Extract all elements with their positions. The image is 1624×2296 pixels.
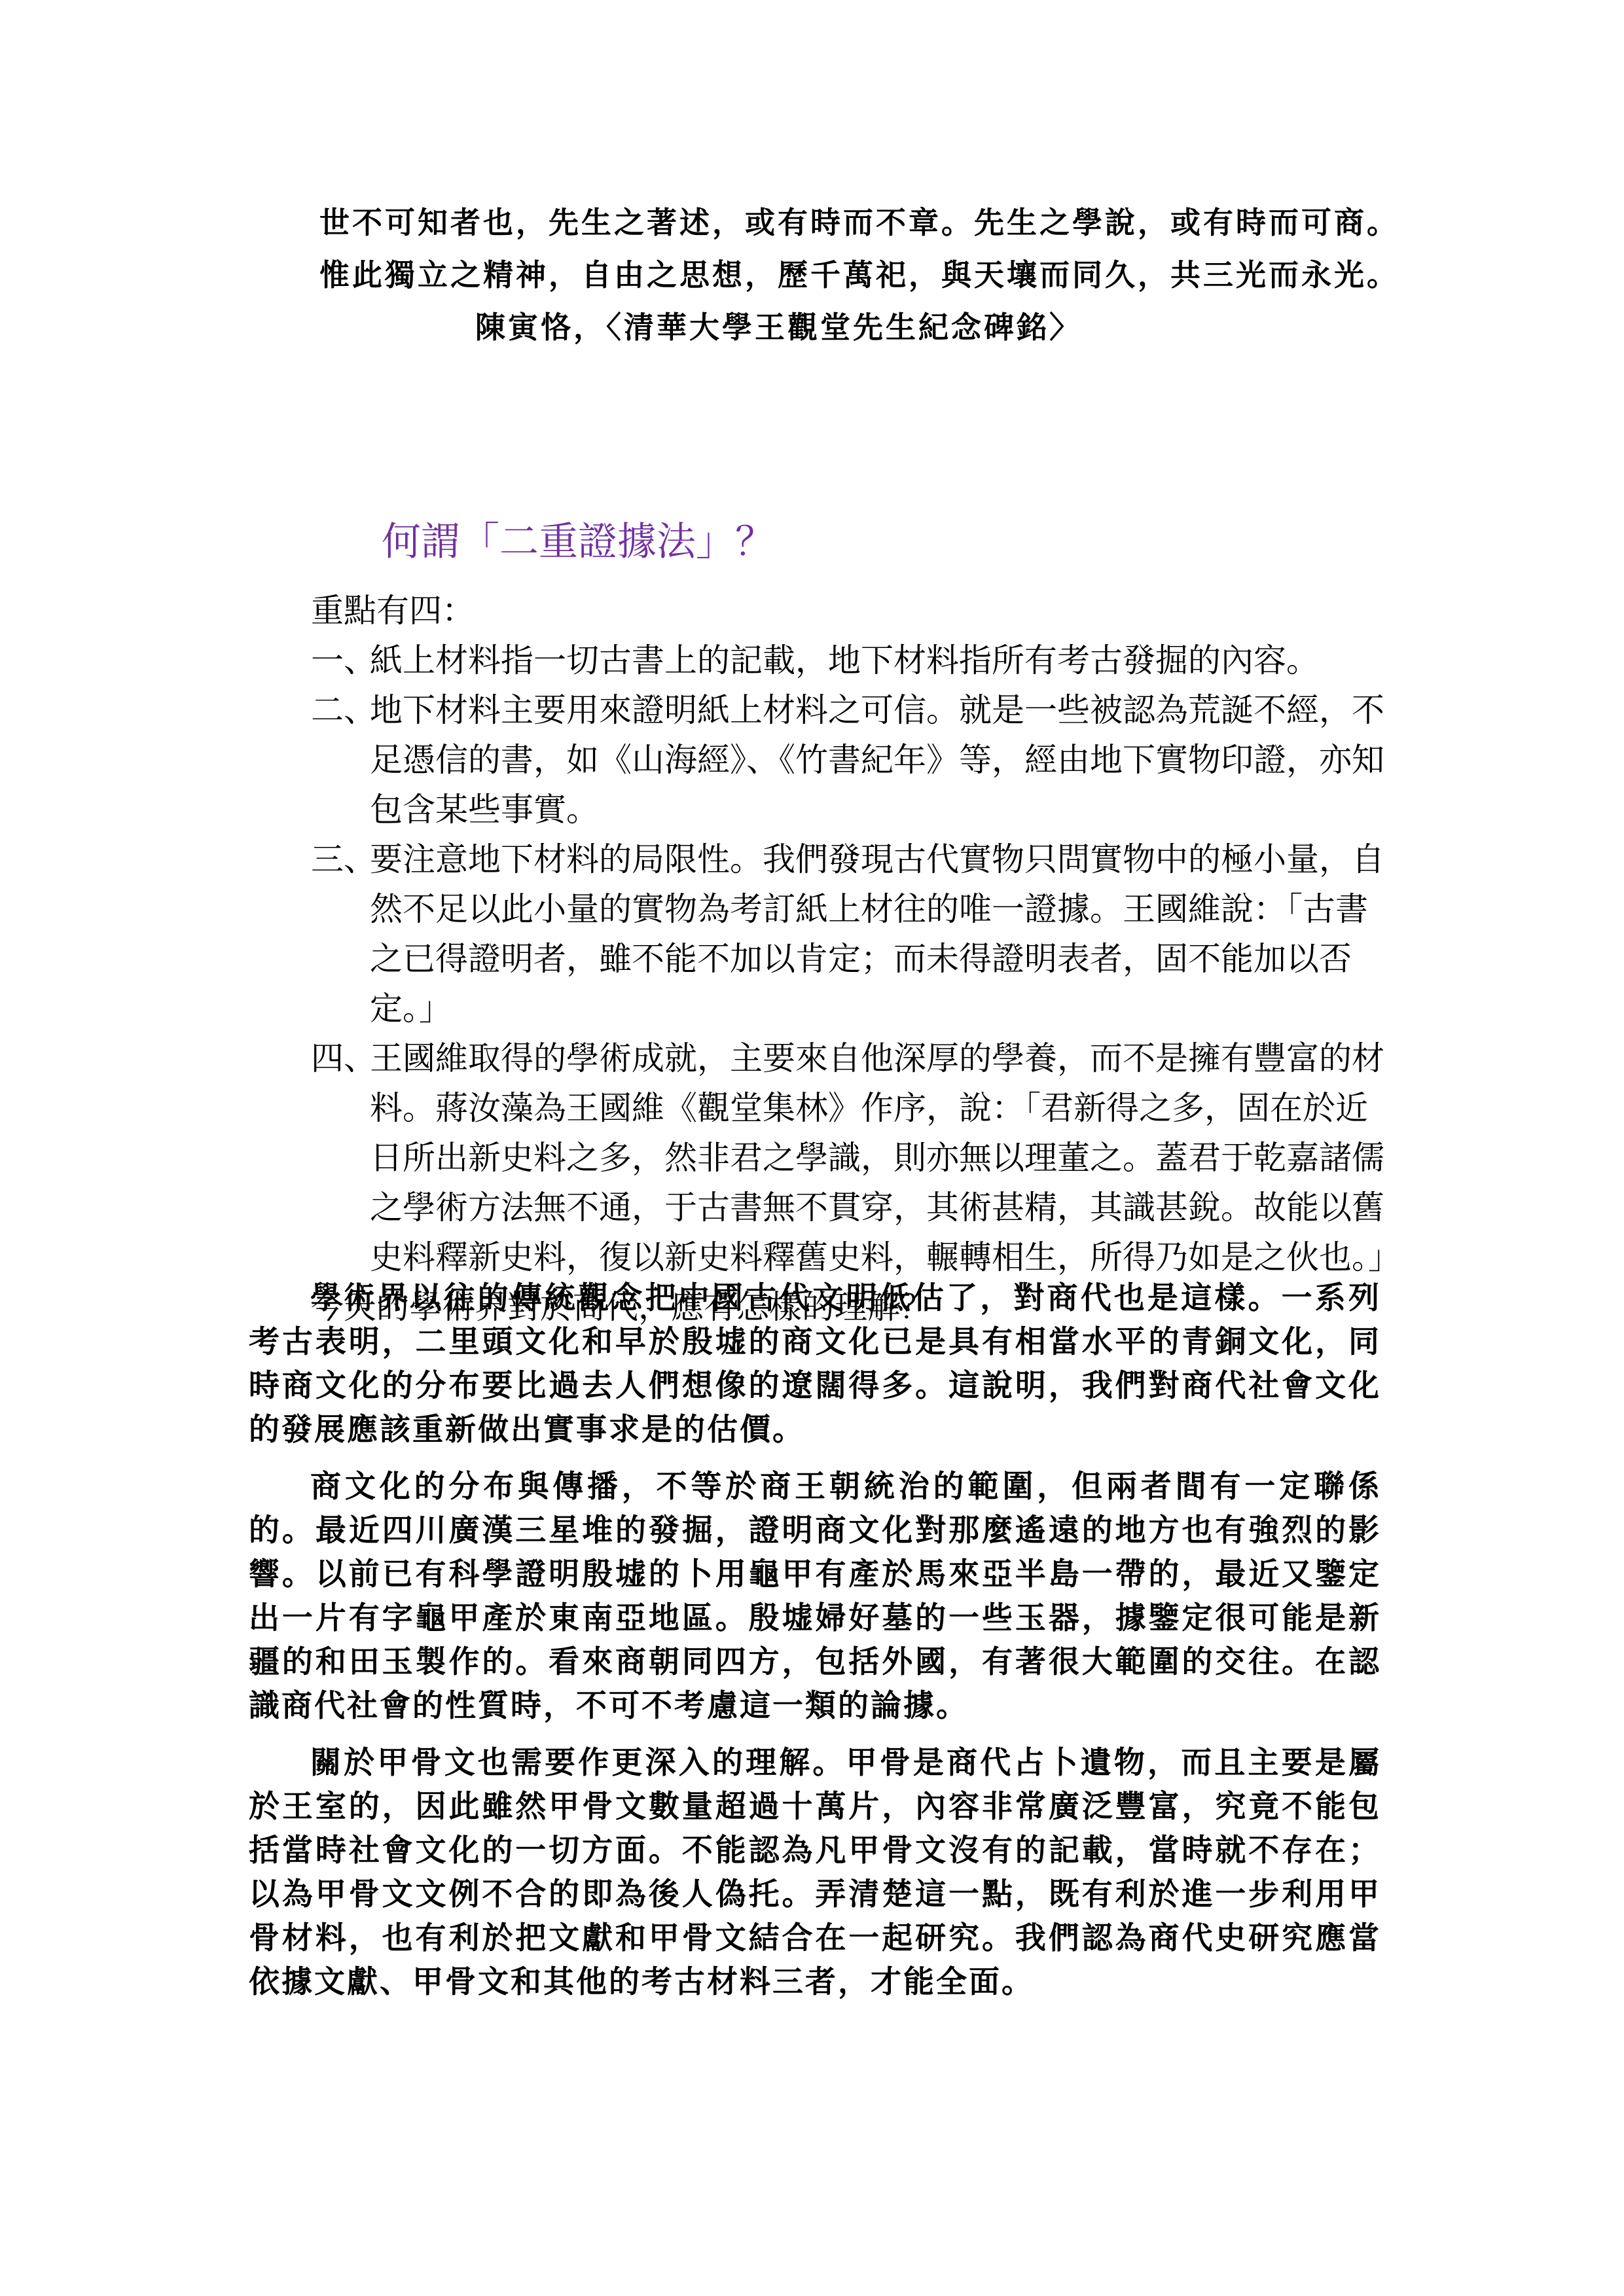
key-point-number: 三、 <box>311 834 376 884</box>
section-heading: 何謂「二重證據法」？ <box>382 511 774 567</box>
key-point-text: 地下材料主要用來證明紙上材料之可信。就是一些被認為荒誕不經，不足憑信的書，如《山… <box>370 691 1384 829</box>
key-point-number: 二、 <box>311 685 376 735</box>
key-point-item: 三、 要注意地下材料的局限性。我們發現古代實物只問實物中的極小量，自然不足以此小… <box>311 834 1384 1033</box>
key-point-item: 二、 地下材料主要用來證明紙上材料之可信。就是一些被認為荒誕不經，不足憑信的書，… <box>311 685 1384 834</box>
body-text: 學術界以往的傳統觀念把中國古代文明低估了，對商代也是這樣。一系列考古表明，二里頭… <box>249 1276 1381 2017</box>
key-point-text: 王國維取得的學術成就，主要來自他深厚的學養，而不是擁有豐富的材料。蔣汝藻為王國維… <box>370 1039 1401 1276</box>
body-paragraph: 商文化的分布與傳播，不等於商王朝統治的範圍，但兩者間有一定聯係的。最近四川廣漢三… <box>249 1465 1381 1728</box>
epigraph-line-1: 世不可知者也，先生之著述，或有時而不章。先生之學說，或有時而可商。 <box>319 196 1399 249</box>
key-points-intro: 重點有四： <box>311 586 1384 636</box>
key-point-number: 一、 <box>311 636 376 685</box>
key-point-item: 一、 紙上材料指一切古書上的記載，地下材料指所有考古發掘的內容。 <box>311 636 1384 685</box>
epigraph-citation: 陳寅恪，〈清華大學王觀堂先生紀念碑銘〉 <box>319 301 1399 353</box>
key-point-number: 四、 <box>311 1033 376 1083</box>
body-paragraph: 關於甲骨文也需要作更深入的理解。甲骨是商代占卜遺物，而且主要是屬於王室的，因此雖… <box>249 1741 1381 2004</box>
key-point-text: 要注意地下材料的局限性。我們發現古代實物只問實物中的極小量，自然不足以此小量的實… <box>370 840 1384 1028</box>
key-points: 重點有四： 一、 紙上材料指一切古書上的記載，地下材料指所有考古發掘的內容。 二… <box>311 586 1384 1332</box>
key-point-text: 紙上材料指一切古書上的記載，地下材料指所有考古發掘的內容。 <box>370 641 1319 679</box>
body-paragraph: 學術界以往的傳統觀念把中國古代文明低估了，對商代也是這樣。一系列考古表明，二里頭… <box>249 1276 1381 1452</box>
key-point-item: 四、 王國維取得的學術成就，主要來自他深厚的學養，而不是擁有豐富的材料。蔣汝藻為… <box>311 1033 1384 1282</box>
epigraph-quote: 世不可知者也，先生之著述，或有時而不章。先生之學說，或有時而可商。 惟此獨立之精… <box>319 196 1399 353</box>
epigraph-line-2: 惟此獨立之精神，自由之思想，歷千萬祀，與天壤而同久，共三光而永光。 <box>319 249 1399 301</box>
